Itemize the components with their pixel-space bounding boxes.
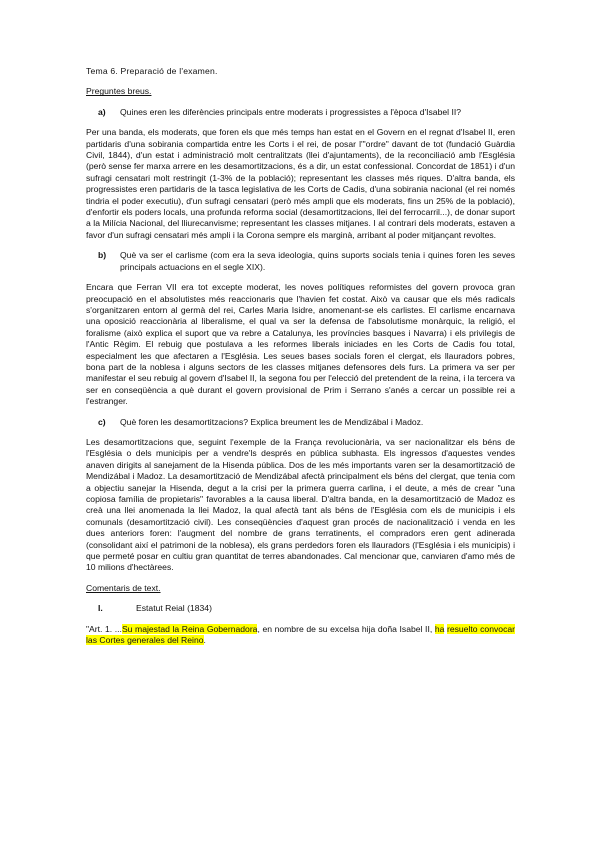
question-c: c) Què foren les desamortitzacions? Expl… xyxy=(86,417,515,428)
question-marker: c) xyxy=(98,417,120,428)
question-marker: b) xyxy=(98,250,120,273)
commentary-item-1: I. Estatut Reial (1834) xyxy=(86,603,515,614)
question-text: Què foren les desamortitzacions? Explica… xyxy=(120,417,515,428)
answer-c: Les desamortitzacions que, seguint l'exe… xyxy=(86,437,515,574)
quote-text: "Art. 1. ...Su majestad la Reina Goberna… xyxy=(86,624,515,647)
question-marker: a) xyxy=(98,107,120,118)
highlighted-text: Su majestad la Reina Gobernadora xyxy=(122,624,258,634)
commentary-title: Estatut Reial (1834) xyxy=(136,603,212,614)
highlighted-text: ha xyxy=(435,624,445,634)
quote-middle: , en nombre de su excelsa hija doña Isab… xyxy=(257,624,434,634)
question-text: Què va ser el carlisme (com era la seva … xyxy=(120,250,515,273)
answer-a: Per una banda, els moderats, que foren e… xyxy=(86,127,515,241)
quote-suffix: . xyxy=(204,635,206,645)
section-heading-text-commentaries: Comentaris de text. xyxy=(86,583,515,594)
question-text: Quines eren les diferències principals e… xyxy=(120,107,515,118)
question-b: b) Què va ser el carlisme (com era la se… xyxy=(86,250,515,273)
question-a: a) Quines eren les diferències principal… xyxy=(86,107,515,118)
document-page: Tema 6. Preparació de l'examen. Pregunte… xyxy=(86,66,515,646)
document-title: Tema 6. Preparació de l'examen. xyxy=(86,66,515,77)
section-heading-short-questions: Preguntes breus. xyxy=(86,86,515,97)
answer-b: Encara que Ferran VII era tot excepte mo… xyxy=(86,282,515,407)
roman-marker: I. xyxy=(98,603,136,614)
quote-prefix: "Art. 1. ... xyxy=(86,624,122,634)
